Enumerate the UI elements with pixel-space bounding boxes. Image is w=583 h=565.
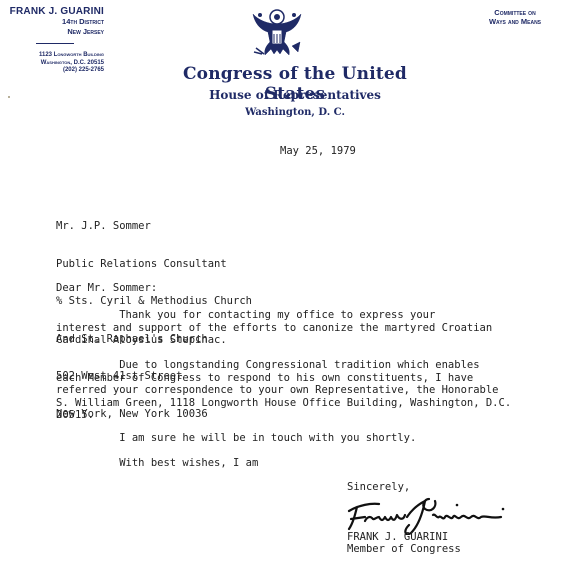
signer-name: FRANK J. GUARINI	[347, 531, 448, 544]
member-district: 14th District	[0, 17, 104, 27]
scan-speck	[8, 96, 10, 98]
member-name: FRANK J. GUARINI	[0, 6, 104, 17]
closing: Sincerely,	[347, 481, 410, 494]
committee-line1: Committee on	[470, 8, 560, 17]
office-phone: (202) 225-2765	[0, 67, 104, 75]
committee-line2: Ways and Means	[470, 17, 560, 26]
body-paragraph: With best wishes, I am	[56, 457, 258, 470]
body-paragraph: Due to longstanding Congressional tradit…	[56, 359, 511, 422]
letter-date: May 25, 1979	[280, 145, 356, 158]
recipient-line: Mr. J.P. Sommer	[56, 220, 252, 233]
recipient-line: % Sts. Cyril & Methodius Church	[56, 295, 252, 308]
member-info: FRANK J. GUARINI 14th District New Jerse…	[0, 6, 104, 37]
office-address-line2: Washington, D.C. 20515	[0, 60, 104, 68]
recipient-line: Public Relations Consultant	[56, 258, 252, 271]
body-paragraph: Thank you for contacting my office to ex…	[56, 309, 492, 347]
signer-title: Member of Congress	[347, 543, 461, 556]
great-seal-icon	[248, 8, 306, 62]
city-title: Washington, D. C.	[150, 107, 440, 118]
chamber-title: House of Representatives	[150, 88, 440, 102]
letterhead-divider	[36, 43, 74, 44]
salutation: Dear Mr. Sommer:	[56, 282, 157, 295]
member-state: New Jersey	[0, 27, 104, 37]
office-address-line1: 1123 Longworth Building	[0, 52, 104, 60]
body-paragraph: I am sure he will be in touch with you s…	[56, 432, 416, 445]
handwritten-signature	[345, 495, 535, 535]
office-address: 1123 Longworth Building Washington, D.C.…	[0, 52, 104, 75]
committee-block: Committee on Ways and Means	[470, 8, 560, 26]
